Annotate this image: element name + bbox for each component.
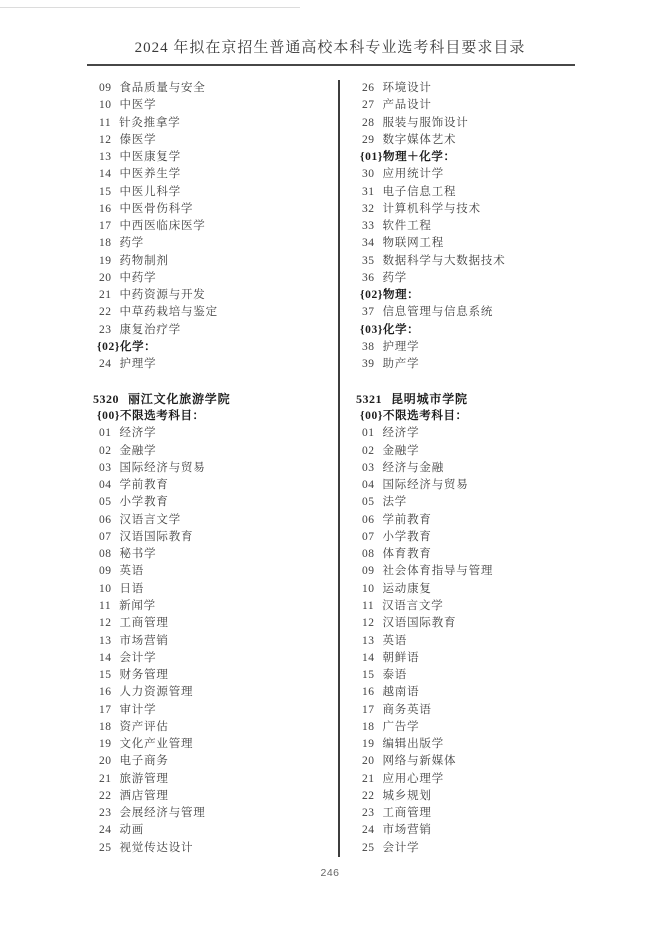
major-name: 汉语言文学 xyxy=(120,512,182,529)
major-code: 16 xyxy=(99,684,112,701)
major-name: 会计学 xyxy=(120,650,157,667)
major-name: 经济学 xyxy=(383,425,420,442)
major-code: 19 xyxy=(99,736,112,753)
major-line: 21旅游管理 xyxy=(88,771,338,788)
major-code: 25 xyxy=(362,840,375,857)
major-name: 网络与新媒体 xyxy=(383,753,457,770)
major-name: 编辑出版学 xyxy=(383,736,445,753)
major-name: 广告学 xyxy=(383,719,420,736)
header-rule xyxy=(87,64,575,66)
major-line: 12傣医学 xyxy=(88,132,338,149)
major-line: 30应用统计学 xyxy=(351,166,586,183)
major-line: 37信息管理与信息系统 xyxy=(351,304,586,321)
subject-requirement-label: {00}不限选考科目： xyxy=(97,408,205,425)
major-code: 13 xyxy=(362,633,375,650)
major-line: 13市场营销 xyxy=(88,633,338,650)
major-name: 中药学 xyxy=(120,270,157,287)
major-code: 38 xyxy=(362,339,375,356)
major-name: 酒店管理 xyxy=(120,788,169,805)
major-code: 37 xyxy=(362,304,375,321)
subject-requirement-line: {03}化学： xyxy=(351,322,586,339)
major-name: 金融学 xyxy=(120,443,157,460)
major-name: 法学 xyxy=(383,494,408,511)
major-line: 07汉语国际教育 xyxy=(88,529,338,546)
major-line: 16人力资源管理 xyxy=(88,684,338,701)
major-name: 汉语国际教育 xyxy=(383,615,457,632)
right-column: 26环境设计27产品设计28服装与服饰设计29数字媒体艺术{01}物理＋化学：3… xyxy=(340,80,586,857)
major-code: 34 xyxy=(362,235,375,252)
major-code: 10 xyxy=(362,581,375,598)
major-name: 金融学 xyxy=(383,443,420,460)
major-line: 39助产学 xyxy=(351,356,586,373)
major-line: 09社会体育指导与管理 xyxy=(351,563,586,580)
major-line: 20电子商务 xyxy=(88,753,338,770)
major-code: 15 xyxy=(99,667,112,684)
major-name: 文化产业管理 xyxy=(120,736,194,753)
college-code: 5321 xyxy=(356,391,382,408)
major-line: 35数据科学与大数据技术 xyxy=(351,253,586,270)
major-line: 29数字媒体艺术 xyxy=(351,132,586,149)
major-line: 14朝鲜语 xyxy=(351,650,586,667)
major-code: 08 xyxy=(362,546,375,563)
subject-requirement-line: {02}化学： xyxy=(88,339,338,356)
major-code: 15 xyxy=(362,667,375,684)
major-code: 09 xyxy=(99,80,112,97)
major-line: 04国际经济与贸易 xyxy=(351,477,586,494)
major-name: 中医养生学 xyxy=(120,166,182,183)
major-code: 09 xyxy=(99,563,112,580)
major-name: 中医学 xyxy=(120,97,157,114)
major-code: 28 xyxy=(362,115,375,132)
major-name: 市场营销 xyxy=(120,633,169,650)
major-code: 12 xyxy=(99,132,112,149)
major-line: 25视觉传达设计 xyxy=(88,840,338,857)
major-name: 商务英语 xyxy=(383,702,432,719)
major-line: 03经济与金融 xyxy=(351,460,586,477)
major-line: 17审计学 xyxy=(88,702,338,719)
major-code: 06 xyxy=(362,512,375,529)
major-name: 国际经济与贸易 xyxy=(120,460,206,477)
major-code: 30 xyxy=(362,166,375,183)
major-line: 15财务管理 xyxy=(88,667,338,684)
major-code: 18 xyxy=(99,235,112,252)
major-code: 14 xyxy=(99,650,112,667)
major-name: 中医康复学 xyxy=(120,149,182,166)
major-name: 汉语国际教育 xyxy=(120,529,194,546)
major-line: 23康复治疗学 xyxy=(88,322,338,339)
major-name: 英语 xyxy=(383,633,408,650)
major-name: 财务管理 xyxy=(120,667,169,684)
major-line: 21应用心理学 xyxy=(351,771,586,788)
major-line: 38护理学 xyxy=(351,339,586,356)
major-code: 21 xyxy=(99,287,112,304)
college-code: 5320 xyxy=(93,391,119,408)
major-line: 19文化产业管理 xyxy=(88,736,338,753)
major-name: 日语 xyxy=(120,581,145,598)
major-name: 产品设计 xyxy=(383,97,432,114)
major-name: 学前教育 xyxy=(120,477,169,494)
major-code: 29 xyxy=(362,132,375,149)
major-code: 36 xyxy=(362,270,375,287)
major-line: 22城乡规划 xyxy=(351,788,586,805)
major-code: 17 xyxy=(99,218,112,235)
major-name: 朝鲜语 xyxy=(383,650,420,667)
major-code: 14 xyxy=(362,650,375,667)
major-name: 应用心理学 xyxy=(383,771,445,788)
major-code: 24 xyxy=(99,356,112,373)
major-code: 13 xyxy=(99,633,112,650)
major-code: 20 xyxy=(362,753,375,770)
major-line: 18药学 xyxy=(88,235,338,252)
major-code: 18 xyxy=(99,719,112,736)
major-line: 18资产评估 xyxy=(88,719,338,736)
major-name: 中西医临床医学 xyxy=(120,218,206,235)
major-name: 市场营销 xyxy=(383,822,432,839)
major-name: 城乡规划 xyxy=(383,788,432,805)
major-line: 02金融学 xyxy=(88,443,338,460)
major-name: 计算机科学与技术 xyxy=(383,201,481,218)
major-name: 动画 xyxy=(120,822,145,839)
major-name: 药物制剂 xyxy=(120,253,169,270)
major-code: 22 xyxy=(99,304,112,321)
major-code: 24 xyxy=(99,822,112,839)
major-line: 34物联网工程 xyxy=(351,235,586,252)
major-code: 03 xyxy=(99,460,112,477)
major-name: 物联网工程 xyxy=(383,235,445,252)
major-line: 17商务英语 xyxy=(351,702,586,719)
major-line: 09英语 xyxy=(88,563,338,580)
major-name: 经济与金融 xyxy=(383,460,445,477)
major-line: 06学前教育 xyxy=(351,512,586,529)
major-line: 11新闻学 xyxy=(88,598,338,615)
major-line: 24市场营销 xyxy=(351,822,586,839)
major-code: 27 xyxy=(362,97,375,114)
major-code: 07 xyxy=(99,529,112,546)
major-code: 16 xyxy=(362,684,375,701)
major-code: 03 xyxy=(362,460,375,477)
major-line: 10运动康复 xyxy=(351,581,586,598)
major-code: 01 xyxy=(99,425,112,442)
major-code: 21 xyxy=(99,771,112,788)
subject-requirement-label: {02}化学： xyxy=(97,339,156,356)
major-line: 33软件工程 xyxy=(351,218,586,235)
major-name: 工商管理 xyxy=(120,615,169,632)
major-name: 旅游管理 xyxy=(120,771,169,788)
major-line: 02金融学 xyxy=(351,443,586,460)
major-line: 25会计学 xyxy=(351,840,586,857)
major-line: 11针灸推拿学 xyxy=(88,115,338,132)
major-code: 31 xyxy=(362,184,375,201)
major-code: 19 xyxy=(362,736,375,753)
subject-requirement-line: {02}物理： xyxy=(351,287,586,304)
major-code: 15 xyxy=(99,184,112,201)
major-line: 23会展经济与管理 xyxy=(88,805,338,822)
major-name: 食品质量与安全 xyxy=(120,80,206,97)
major-code: 10 xyxy=(99,581,112,598)
major-code: 04 xyxy=(99,477,112,494)
major-line: 27产品设计 xyxy=(351,97,586,114)
major-line: 24护理学 xyxy=(88,356,338,373)
major-code: 19 xyxy=(99,253,112,270)
major-code: 26 xyxy=(362,80,375,97)
major-code: 09 xyxy=(362,563,375,580)
major-line: 12汉语国际教育 xyxy=(351,615,586,632)
major-code: 35 xyxy=(362,253,375,270)
major-name: 中医骨伤科学 xyxy=(120,201,194,218)
page-number: 246 xyxy=(320,867,339,879)
major-name: 小学教育 xyxy=(120,494,169,511)
major-name: 越南语 xyxy=(383,684,420,701)
major-name: 信息管理与信息系统 xyxy=(383,304,494,321)
major-code: 16 xyxy=(99,201,112,218)
college-name: 丽江文化旅游学院 xyxy=(128,391,230,408)
major-code: 20 xyxy=(99,270,112,287)
major-code: 11 xyxy=(362,598,374,615)
major-name: 学前教育 xyxy=(383,512,432,529)
major-name: 电子信息工程 xyxy=(383,184,457,201)
major-name: 软件工程 xyxy=(383,218,432,235)
subject-requirement-label: {02}物理： xyxy=(360,287,419,304)
major-line: 28服装与服饰设计 xyxy=(351,115,586,132)
major-line: 22中草药栽培与鉴定 xyxy=(88,304,338,321)
major-code: 21 xyxy=(362,771,375,788)
major-name: 审计学 xyxy=(120,702,157,719)
major-name: 小学教育 xyxy=(383,529,432,546)
major-line: 17中西医临床医学 xyxy=(88,218,338,235)
major-name: 会展经济与管理 xyxy=(120,805,206,822)
major-name: 社会体育指导与管理 xyxy=(383,563,494,580)
major-line: 19编辑出版学 xyxy=(351,736,586,753)
subject-requirement-label: {00}不限选考科目： xyxy=(360,408,468,425)
major-name: 经济学 xyxy=(120,425,157,442)
major-name: 护理学 xyxy=(120,356,157,373)
subject-requirement-label: {01}物理＋化学： xyxy=(360,149,456,166)
major-name: 数字媒体艺术 xyxy=(383,132,457,149)
major-code: 11 xyxy=(99,598,111,615)
major-name: 中医儿科学 xyxy=(120,184,182,201)
major-code: 14 xyxy=(99,166,112,183)
major-code: 13 xyxy=(99,149,112,166)
college-line: 5320丽江文化旅游学院 xyxy=(88,391,338,408)
major-name: 服装与服饰设计 xyxy=(383,115,469,132)
major-code: 22 xyxy=(362,788,375,805)
left-column: 09食品质量与安全10中医学11针灸推拿学12傣医学13中医康复学14中医养生学… xyxy=(88,80,338,857)
major-name: 中药资源与开发 xyxy=(120,287,206,304)
major-code: 17 xyxy=(362,702,375,719)
major-code: 02 xyxy=(362,443,375,460)
major-name: 人力资源管理 xyxy=(120,684,194,701)
major-line: 14会计学 xyxy=(88,650,338,667)
major-name: 应用统计学 xyxy=(383,166,445,183)
major-code: 17 xyxy=(99,702,112,719)
major-code: 24 xyxy=(362,822,375,839)
major-name: 数据科学与大数据技术 xyxy=(383,253,506,270)
major-line: 10日语 xyxy=(88,581,338,598)
blank-line xyxy=(351,374,586,391)
major-name: 药学 xyxy=(383,270,408,287)
major-code: 32 xyxy=(362,201,375,218)
major-name: 运动康复 xyxy=(383,581,432,598)
major-name: 电子商务 xyxy=(120,753,169,770)
major-name: 针灸推拿学 xyxy=(119,115,181,132)
major-line: 01经济学 xyxy=(351,425,586,442)
major-line: 12工商管理 xyxy=(88,615,338,632)
major-name: 资产评估 xyxy=(120,719,169,736)
major-name: 新闻学 xyxy=(119,598,156,615)
major-name: 英语 xyxy=(120,563,145,580)
major-name: 中草药栽培与鉴定 xyxy=(120,304,218,321)
major-code: 05 xyxy=(362,494,375,511)
major-line: 16中医骨伤科学 xyxy=(88,201,338,218)
major-line: 10中医学 xyxy=(88,97,338,114)
major-name: 体育教育 xyxy=(383,546,432,563)
major-line: 36药学 xyxy=(351,270,586,287)
major-code: 04 xyxy=(362,477,375,494)
subject-requirement-line: {00}不限选考科目： xyxy=(88,408,338,425)
college-name: 昆明城市学院 xyxy=(391,391,468,408)
blank-line xyxy=(88,374,338,391)
major-code: 33 xyxy=(362,218,375,235)
major-line: 16越南语 xyxy=(351,684,586,701)
major-line: 13英语 xyxy=(351,633,586,650)
major-line: 32计算机科学与技术 xyxy=(351,201,586,218)
major-line: 21中药资源与开发 xyxy=(88,287,338,304)
scan-artifact-line xyxy=(0,7,300,8)
major-line: 01经济学 xyxy=(88,425,338,442)
major-line: 22酒店管理 xyxy=(88,788,338,805)
major-line: 04学前教育 xyxy=(88,477,338,494)
major-line: 14中医养生学 xyxy=(88,166,338,183)
major-name: 泰语 xyxy=(383,667,408,684)
major-code: 12 xyxy=(362,615,375,632)
major-name: 护理学 xyxy=(383,339,420,356)
major-name: 汉语言文学 xyxy=(382,598,444,615)
major-line: 24动画 xyxy=(88,822,338,839)
major-name: 秘书学 xyxy=(120,546,157,563)
major-line: 23工商管理 xyxy=(351,805,586,822)
major-name: 助产学 xyxy=(383,356,420,373)
major-line: 08秘书学 xyxy=(88,546,338,563)
major-line: 06汉语言文学 xyxy=(88,512,338,529)
major-line: 20网络与新媒体 xyxy=(351,753,586,770)
major-line: 03国际经济与贸易 xyxy=(88,460,338,477)
major-line: 20中药学 xyxy=(88,270,338,287)
content-area: 09食品质量与安全10中医学11针灸推拿学12傣医学13中医康复学14中医养生学… xyxy=(88,80,586,857)
major-line: 05法学 xyxy=(351,494,586,511)
major-line: 26环境设计 xyxy=(351,80,586,97)
major-code: 11 xyxy=(99,115,111,132)
major-code: 18 xyxy=(362,719,375,736)
subject-requirement-label: {03}化学： xyxy=(360,322,419,339)
major-name: 康复治疗学 xyxy=(120,322,182,339)
document-page: 2024 年拟在京招生普通高校本科专业选考科目要求目录 09食品质量与安全10中… xyxy=(0,0,660,933)
major-line: 15中医儿科学 xyxy=(88,184,338,201)
major-code: 12 xyxy=(99,615,112,632)
major-code: 05 xyxy=(99,494,112,511)
major-code: 22 xyxy=(99,788,112,805)
page-header: 2024 年拟在京招生普通高校本科专业选考科目要求目录 xyxy=(0,36,660,57)
major-line: 07小学教育 xyxy=(351,529,586,546)
major-name: 工商管理 xyxy=(383,805,432,822)
major-line: 31电子信息工程 xyxy=(351,184,586,201)
major-name: 国际经济与贸易 xyxy=(383,477,469,494)
college-line: 5321昆明城市学院 xyxy=(351,391,586,408)
major-line: 08体育教育 xyxy=(351,546,586,563)
major-line: 09食品质量与安全 xyxy=(88,80,338,97)
major-code: 25 xyxy=(99,840,112,857)
major-name: 视觉传达设计 xyxy=(120,840,194,857)
major-code: 39 xyxy=(362,356,375,373)
major-line: 18广告学 xyxy=(351,719,586,736)
major-code: 06 xyxy=(99,512,112,529)
major-code: 07 xyxy=(362,529,375,546)
major-code: 02 xyxy=(99,443,112,460)
major-name: 傣医学 xyxy=(120,132,157,149)
major-code: 20 xyxy=(99,753,112,770)
major-name: 环境设计 xyxy=(383,80,432,97)
page-footer: 246 xyxy=(0,863,660,881)
major-code: 01 xyxy=(362,425,375,442)
major-line: 11汉语言文学 xyxy=(351,598,586,615)
page-title: 2024 年拟在京招生普通高校本科专业选考科目要求目录 xyxy=(135,40,526,56)
major-code: 23 xyxy=(362,805,375,822)
major-name: 会计学 xyxy=(383,840,420,857)
major-code: 10 xyxy=(99,97,112,114)
subject-requirement-line: {00}不限选考科目： xyxy=(351,408,586,425)
major-name: 药学 xyxy=(120,235,145,252)
major-code: 23 xyxy=(99,805,112,822)
major-code: 23 xyxy=(99,322,112,339)
major-line: 13中医康复学 xyxy=(88,149,338,166)
major-line: 15泰语 xyxy=(351,667,586,684)
major-line: 19药物制剂 xyxy=(88,253,338,270)
major-code: 08 xyxy=(99,546,112,563)
major-line: 05小学教育 xyxy=(88,494,338,511)
subject-requirement-line: {01}物理＋化学： xyxy=(351,149,586,166)
